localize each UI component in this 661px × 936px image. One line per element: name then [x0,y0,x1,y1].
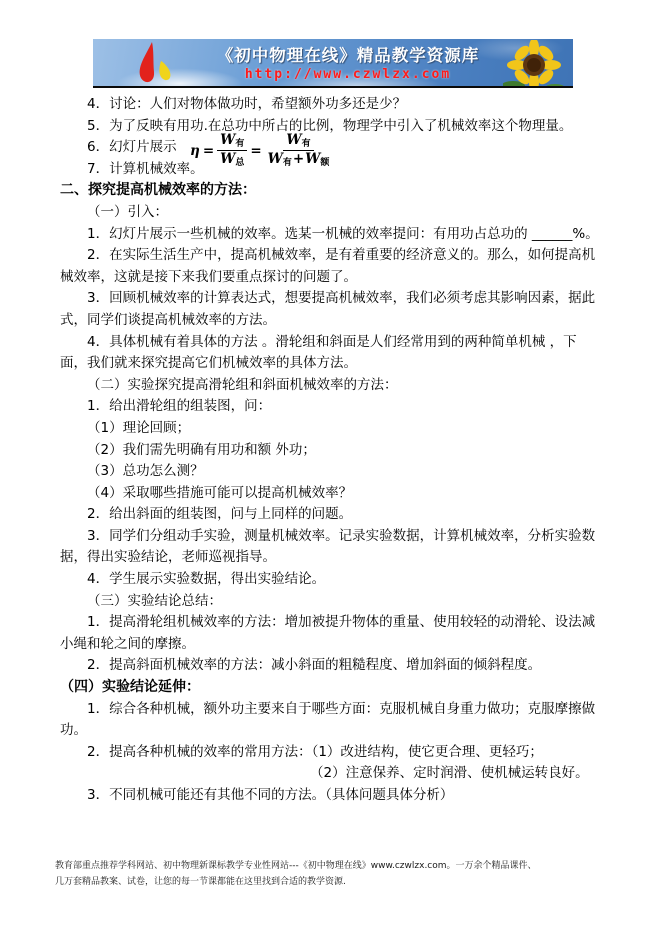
list-item: （2）注意保养、定时润滑、使机械运转良好。 [60,763,601,785]
list-item: 1．给出滑轮组的组装图，问： [60,396,601,418]
list-item: （1）理论回顾； [60,418,601,440]
list-item: （2）我们需先明确有用功和额 外功； [60,440,601,462]
list-item: 4．讨论：人们对物体做功时，希望额外功多还是少？ [60,94,601,116]
subsection-heading: （三）实验结论总结： [60,591,601,613]
list-item: 2．提高斜面机械效率的方法：减小斜面的粗糙程度、增加斜面的倾斜程度。 [60,655,601,677]
section-heading-4: （四）实验结论延伸： [60,677,601,699]
list-item: 3．回顾机械效率的计算表达式，想要提高机械效率，我们必须考虑其影响因素，据此式，… [60,288,601,331]
section-heading-2: 二、探究提高机械效率的方法： [60,180,601,202]
list-item: 1．提高滑轮组机械效率的方法：增加被提升物体的重量、使用较轻的动滑轮、设法减小绳… [60,612,601,655]
formula-block: 6．幻灯片展示 7．计算机械效率。 η = W有 W总 = W有 W有+W额 [60,137,601,180]
footer-line: 教育部重点推荐学科网站、初中物理新课标教学专业性网站---《初中物理在线》www… [55,858,611,874]
lesson-plan-body: 4．讨论：人们对物体做功时，希望额外功多还是少？ 5．为了反映有用功.在总功中所… [60,94,601,807]
list-item: （4）采取哪些措施可能可以提高机械效率？ [60,483,601,505]
list-item: 3．同学们分组动手实验，测量机械效率。记录实验数据，计算机械效率，分析实验数据，… [60,526,601,569]
footer-line: 几万套精品教案、试卷，让您的每一节课都能在这里找到合适的教学资源. [55,874,611,890]
list-item: 4．学生展示实验数据，得出实验结论。 [60,569,601,591]
list-item: 1．综合各种机械，额外功主要来自于哪些方面：克服机械自身重力做功；克服摩擦做功。 [60,699,601,742]
formula-eta: η [190,143,200,160]
banner-text: 《初中物理在线》精品教学资源库 http://www.czwlzx.com [203,42,493,82]
document-page: 《初中物理在线》精品教学资源库 http://www.czwlzx.com 4．… [0,0,661,936]
list-item: 3．不同机械可能还有其他不同的方法。（具体问题具体分析） [60,785,601,807]
subsection-heading: （一）引入： [60,202,601,224]
fraction-useful-over-sum: W有 W有+W额 [265,132,333,170]
page-footer: 教育部重点推荐学科网站、初中物理新课标教学专业性网站---《初中物理在线》www… [55,858,611,890]
subsection-heading: （二）实验探究提高滑轮组和斜面机械效率的方法： [60,375,601,397]
site-logo-icon [131,41,177,85]
sunflower-icon [503,40,565,88]
fraction-useful-over-total: W有 W总 [217,132,247,170]
list-item: 2．在实际生活生产中，提高机械效率，是有着重要的经济意义的。那么，如何提高机械效… [60,245,601,288]
banner-url[interactable]: http://www.czwlzx.com [203,67,493,82]
efficiency-formula: η = W有 W总 = W有 W有+W额 [190,132,332,170]
header-banner: 《初中物理在线》精品教学资源库 http://www.czwlzx.com [93,39,573,88]
list-item: 2．提高各种机械的效率的常用方法：（1）改进结构，使它更合理、更轻巧； [60,742,601,764]
banner-title: 《初中物理在线》精品教学资源库 [203,42,493,66]
list-item: 2．给出斜面的组装图，问与上同样的问题。 [60,504,601,526]
list-item: （3）总功怎么测？ [60,461,601,483]
list-item: 4．具体机械有着具体的方法 。滑轮组和斜面是人们经常用到的两种简单机械 ，下面，… [60,332,601,375]
list-item: 1．幻灯片展示一些机械的效率。选某一机械的效率提问：有用功占总功的 ______… [60,224,601,246]
